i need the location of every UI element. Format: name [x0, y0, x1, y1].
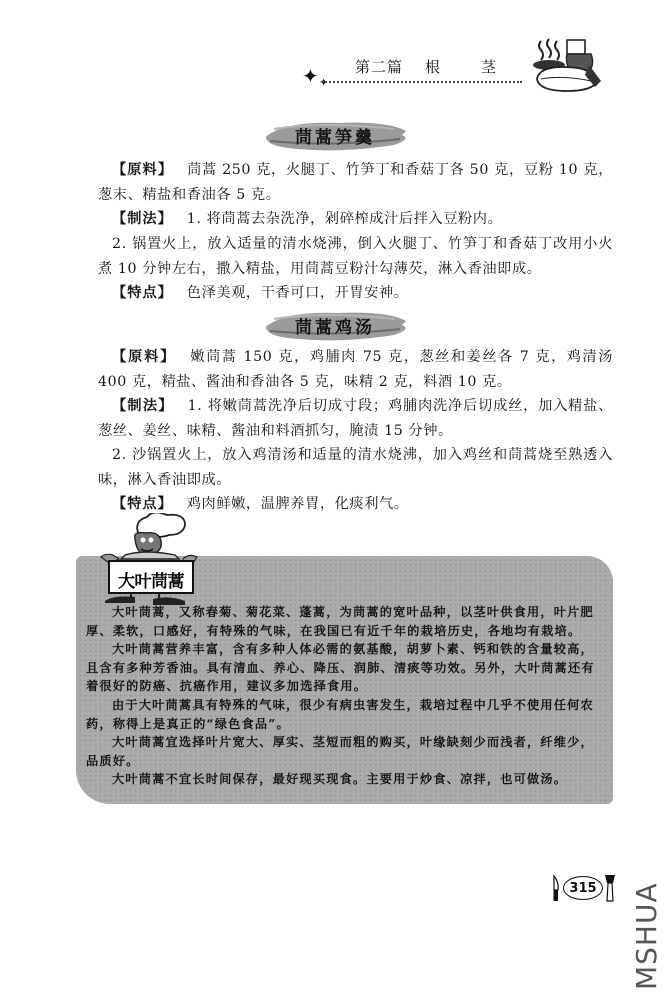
- info-paragraph: 大叶茼蒿，又称春菊、菊花菜、蓬蒿，为茼蒿的宽叶品种，以茎叶供食用，叶片肥厚、柔软…: [86, 603, 606, 640]
- chapter-label-1: 根: [425, 56, 441, 77]
- method-step-text: 2. 锅置火上，放入适量的清水烧沸，倒入火腿丁、竹笋丁和香菇丁改用小火煮 10 …: [98, 236, 613, 277]
- ingredients-label: 【原料】: [112, 349, 176, 365]
- recipe-title-1: 茼蒿笋羹: [262, 117, 408, 153]
- header-dotted-rule: [322, 81, 522, 83]
- page-number: 315: [563, 876, 603, 900]
- info-paragraph: 大叶茼蒿不宜长时间保存，最好现买现食。主要用于炒食、凉拌，也可做汤。: [86, 770, 606, 789]
- chef-with-dish-icon: [527, 35, 607, 97]
- features-label: 【特点】: [112, 496, 173, 512]
- features-text: 色泽美观，干香可口，开胃安神。: [187, 285, 409, 301]
- method-label: 【制法】: [112, 398, 174, 414]
- method-step-text: 2. 沙锅置火上，放入鸡清汤和适量的清水烧沸，加入鸡丝和茼蒿烧至熟透入味，淋入香…: [98, 447, 613, 488]
- info-paragraph: 由于大叶茼蒿具有特殊的气味，很少有病虫害发生，栽培过程中几乎不使用任何农药，称得…: [86, 696, 606, 733]
- fork-icon: [604, 873, 616, 903]
- chapter-label-2: 茎: [481, 56, 497, 77]
- info-paragraph: 大叶茼蒿营养丰富，含有多种人体必需的氨基酸，胡萝卜素、钙和铁的含量较高，且含有多…: [86, 640, 606, 696]
- recipe-2-method-step-1: 【制法】1. 将嫩茼蒿洗净后切成寸段；鸡脯肉洗净后切成丝，加入精盐、葱丝、姜丝、…: [98, 394, 613, 443]
- sign-title: 大叶茼蒿: [110, 566, 192, 592]
- recipe-2-method-step-2: 2. 沙锅置火上，放入鸡清汤和适量的清水烧沸，加入鸡丝和茼蒿烧至熟透入味，淋入香…: [98, 443, 613, 492]
- ingredients-label: 【原料】: [112, 162, 173, 178]
- method-step-text: 1. 将嫩茼蒿洗净后切成寸段；鸡脯肉洗净后切成丝，加入精盐、葱丝、姜丝、味精、酱…: [98, 398, 613, 439]
- chef-holding-sign-icon: [95, 513, 205, 608]
- info-text-body: 大叶茼蒿，又称春菊、菊花菜、蓬蒿，为茼蒿的宽叶品种，以茎叶供食用，叶片肥厚、柔软…: [86, 603, 606, 789]
- page-header: ✦ ✦ 第二篇 根 茎: [0, 0, 664, 110]
- features-label: 【特点】: [112, 285, 173, 301]
- ingredients-text: 茼蒿 250 克，火腿丁、竹笋丁和香菇丁各 50 克，豆粉 10 克，葱末、精盐…: [98, 162, 613, 203]
- info-paragraph: 大叶茼蒿宜选择叶片宽大、厚实、茎短而粗的购买，叶缘缺刻少而浅者，纤维少，品质好。: [86, 733, 606, 770]
- recipe-title-text: 茼蒿笋羹: [295, 123, 375, 148]
- recipe-title-text: 茼蒿鸡汤: [295, 313, 375, 338]
- recipe-1-method-step-2: 2. 锅置火上，放入适量的清水烧沸，倒入火腿丁、竹笋丁和香菇丁改用小火煮 10 …: [98, 232, 613, 281]
- features-text: 鸡肉鲜嫩，温脾养胃，化痰利气。: [187, 496, 409, 512]
- recipe-1-method-step-1: 【制法】1. 将茼蒿去杂洗净，剁碎榨成汁后拌入豆粉内。: [98, 207, 613, 232]
- recipe-title-2: 茼蒿鸡汤: [262, 307, 408, 343]
- method-label: 【制法】: [112, 211, 173, 227]
- watermark: MSHUA: [630, 882, 663, 990]
- method-step-text: 1. 将茼蒿去杂洗净，剁碎榨成汁后拌入豆粉内。: [187, 211, 503, 227]
- sparkle-icon: ✦: [302, 66, 319, 86]
- recipe-1-ingredients: 【原料】茼蒿 250 克，火腿丁、竹笋丁和香菇丁各 50 克，豆粉 10 克，葱…: [98, 158, 613, 207]
- section-label: 第二篇: [355, 56, 403, 77]
- knife-icon: [551, 874, 561, 902]
- running-header-title: 第二篇 根 茎: [355, 56, 515, 77]
- recipe-1-features: 【特点】色泽美观，干香可口，开胃安神。: [98, 281, 613, 306]
- recipe-2-ingredients: 【原料】嫩茼蒿 150 克，鸡脯肉 75 克，葱丝和姜丝各 7 克，鸡清汤 40…: [98, 345, 613, 394]
